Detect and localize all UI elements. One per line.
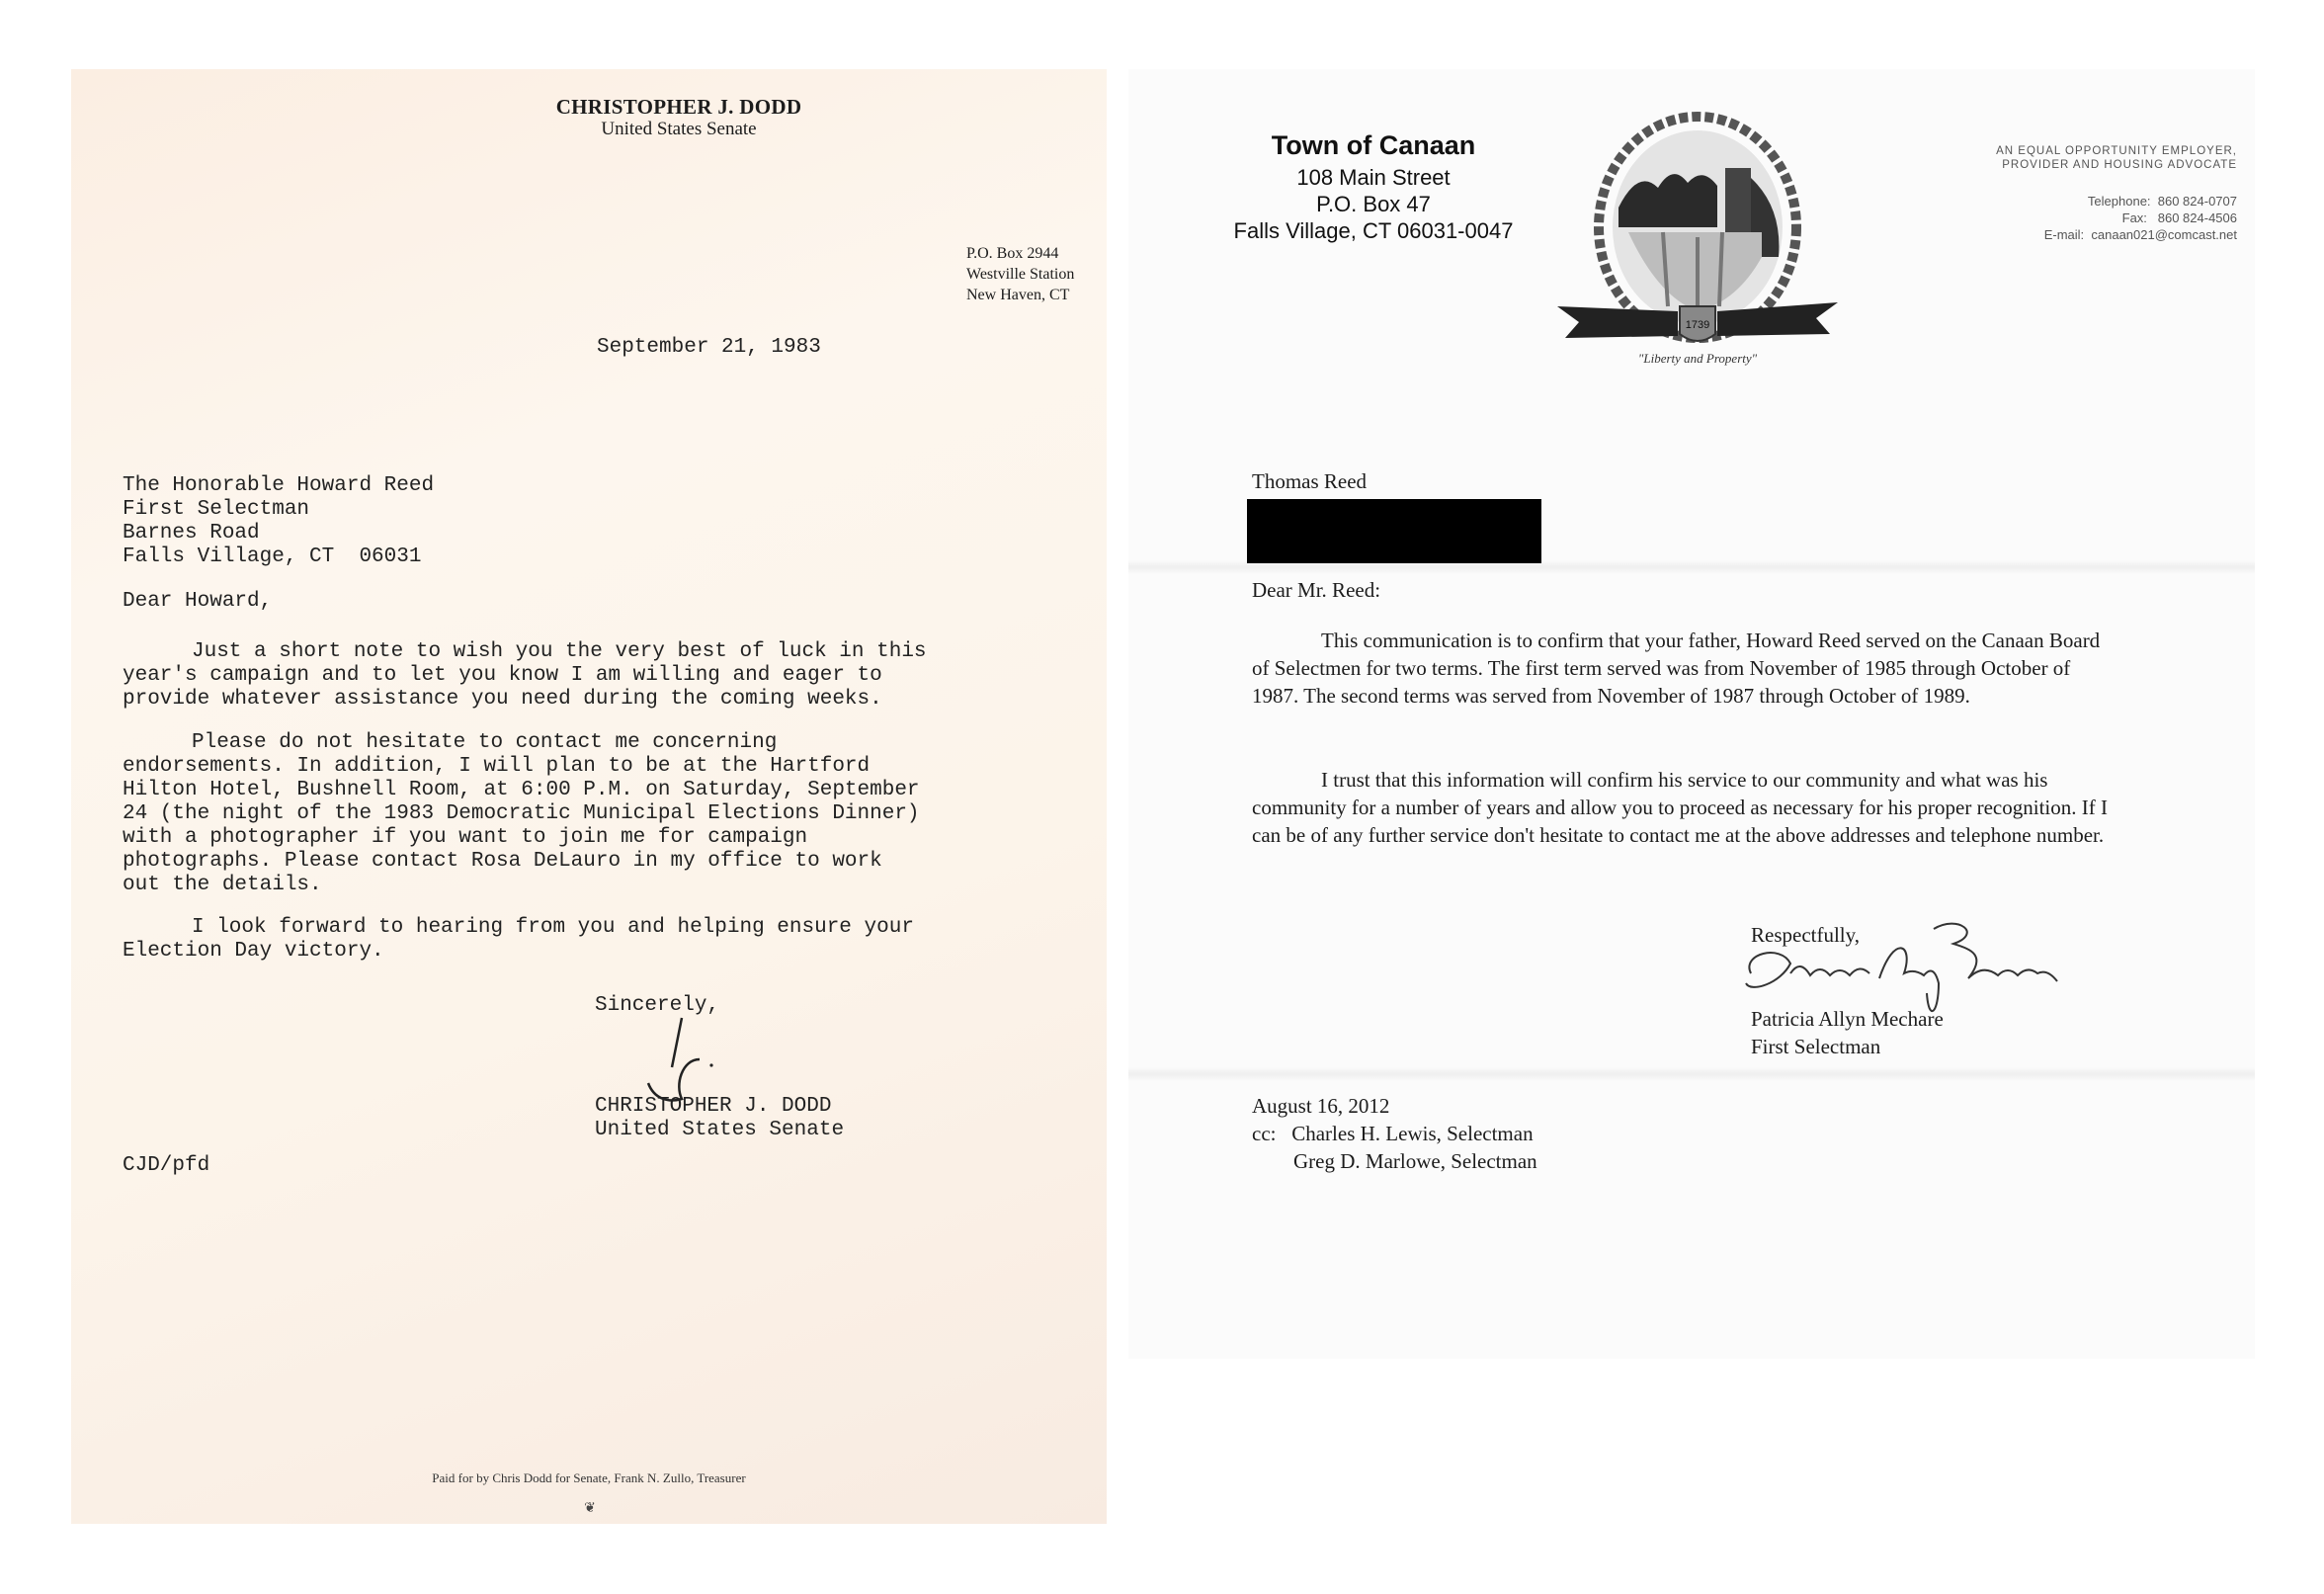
paper-fold: [1128, 1067, 2255, 1081]
signature-block: CHRISTOPHER J. DODD United States Senate: [595, 1095, 844, 1142]
letter-date: August 16, 2012: [1252, 1092, 1389, 1120]
paid-for-footer: Paid for by Chris Dodd for Senate, Frank…: [342, 1470, 836, 1486]
body-paragraph: Please do not hesitate to contact me con…: [123, 731, 1101, 897]
paragraph-text: Please do not hesitate to contact me con…: [123, 731, 1101, 897]
body-paragraph: I trust that this information will confi…: [1252, 766, 2121, 849]
paragraph-text: This communication is to confirm that yo…: [1252, 627, 2121, 710]
canaan-letter-page: Town of Canaan 108 Main Street P.O. Box …: [1128, 69, 2255, 1359]
salutation: Dear Mr. Reed:: [1252, 576, 1380, 604]
body-paragraph: I look forward to hearing from you and h…: [123, 916, 1101, 964]
recipient-name: Thomas Reed: [1252, 467, 1367, 495]
body-paragraph: Just a short note to wish you the very b…: [123, 640, 1101, 712]
town-name: Town of Canaan: [1196, 130, 1551, 161]
body-paragraph: This communication is to confirm that yo…: [1252, 627, 2121, 710]
recipient-address: The Honorable Howard Reed First Selectma…: [123, 474, 434, 569]
redacted-address: [1247, 499, 1541, 563]
town-seal-icon: 1739: [1549, 109, 1846, 376]
letter-date: September 21, 1983: [597, 336, 821, 360]
letterhead-address: P.O. Box 2944 Westville Station New Have…: [966, 243, 1074, 305]
contact-info: Telephone: 860 824-0707 Fax: 860 824-450…: [1879, 193, 2237, 243]
cc-list: cc: Charles H. Lewis, Selectman Greg D. …: [1252, 1120, 1537, 1175]
paragraph-text: I look forward to hearing from you and h…: [123, 916, 1101, 964]
equal-opportunity-statement: AN EQUAL OPPORTUNITY EMPLOYER, PROVIDER …: [1879, 144, 2237, 172]
typist-initials: CJD/pfd: [123, 1154, 209, 1178]
paragraph-text: I trust that this information will confi…: [1252, 766, 2121, 849]
signature-block: Patricia Allyn Mechare First Selectman: [1751, 1005, 1944, 1060]
seal-motto: "Liberty and Property": [1599, 351, 1796, 367]
dodd-letter-page: CHRISTOPHER J. DODD United States Senate…: [71, 69, 1107, 1524]
paragraph-text: Just a short note to wish you the very b…: [123, 640, 1101, 712]
svg-text:1739: 1739: [1686, 319, 1709, 331]
town-address: 108 Main Street P.O. Box 47 Falls Villag…: [1196, 164, 1551, 244]
ornament-icon: ❦: [565, 1500, 615, 1517]
letterhead-name: CHRISTOPHER J. DODD: [471, 95, 886, 120]
letterhead-office: United States Senate: [471, 119, 886, 140]
salutation: Dear Howard,: [123, 590, 272, 614]
